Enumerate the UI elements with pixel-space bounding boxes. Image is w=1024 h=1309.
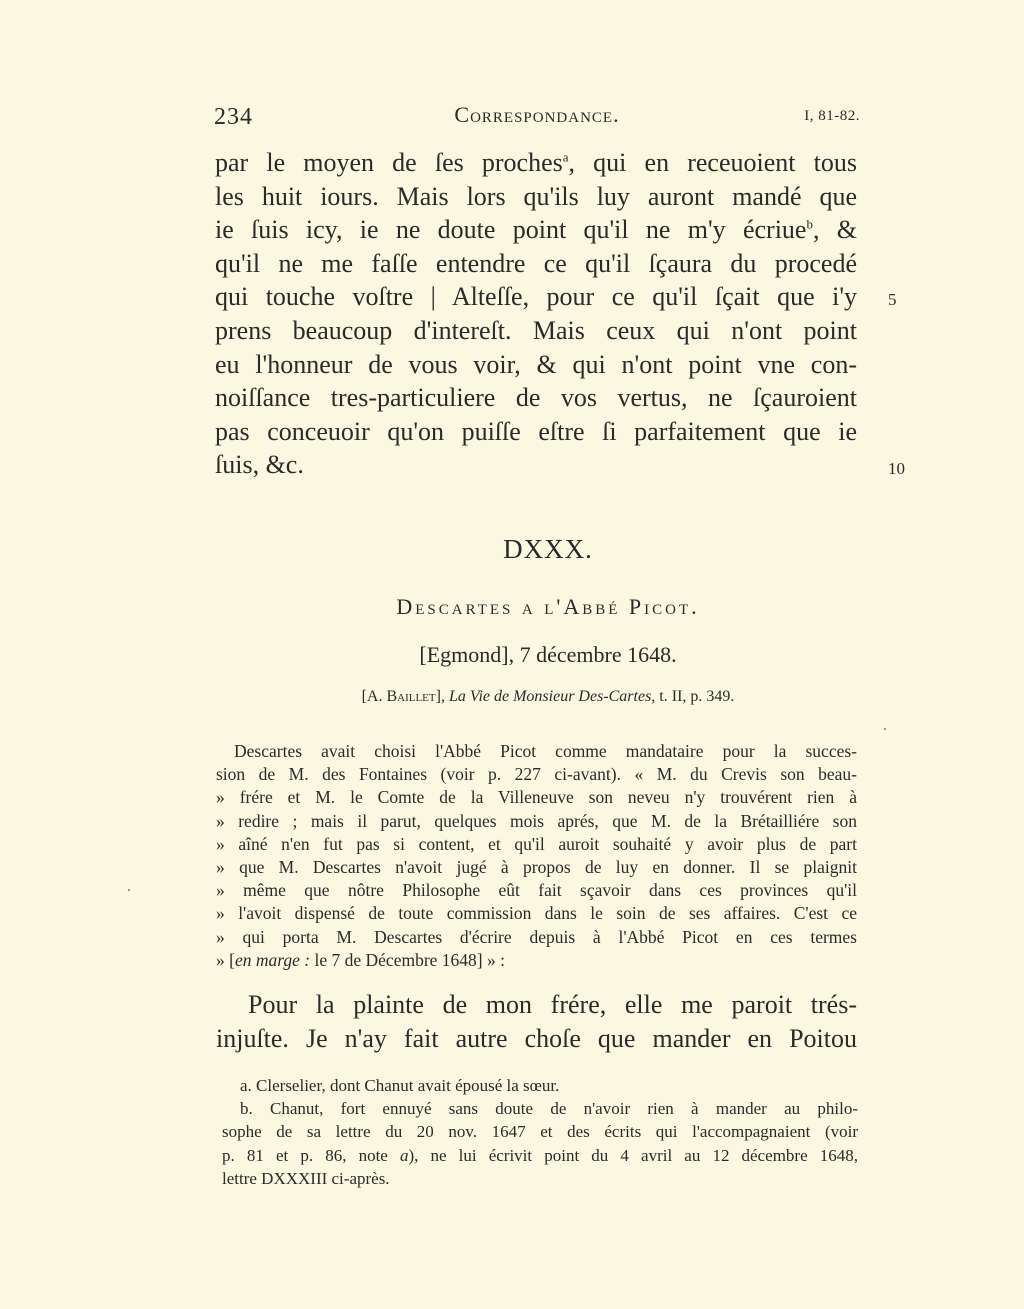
text-segment: le 7 de Décembre 1648] » :: [310, 950, 505, 970]
intro-line: Descartes avait choisi l'Abbé Picot comm…: [216, 740, 857, 763]
text-line: les huit iours. Mais lors qu'ils luy aur…: [215, 180, 857, 214]
margin-line-number: 10: [888, 459, 905, 479]
intro-line: » l'avoit dispensé de toute commission d…: [216, 902, 857, 925]
letter-source: [A. Baillet], La Vie de Monsieur Des-Car…: [0, 688, 1024, 706]
letter-title: Descartes a l'Abbé Picot.: [0, 594, 1024, 620]
footnote-b-line: sophe de sa lettre du 20 nov. 1647 et de…: [222, 1120, 858, 1143]
margin-line-number: 5: [888, 290, 897, 310]
text-segment: p. 81 et p. 86, note: [222, 1146, 400, 1165]
text-segment: » [: [216, 950, 235, 970]
text-line: pas conceuoir qu'on puiſſe eſtre ſi parf…: [215, 415, 857, 449]
intro-line: » [en marge : le 7 de Décembre 1648] » :: [216, 949, 857, 972]
footnote-a: a. Clerselier, dont Chanut avait épousé …: [222, 1074, 858, 1097]
intro-line: » aîné n'en fut pas si content, et qu'il…: [216, 833, 857, 856]
intro-line: » redire ; mais il parut, quelques mois …: [216, 810, 857, 833]
text-line: par le moyen de ſes prochesa, qui en rec…: [215, 146, 857, 180]
text-line: eu l'honneur de vous voir, & qui n'ont p…: [215, 348, 857, 382]
text-line: ſuis, &c.: [215, 448, 857, 482]
scan-speck: [884, 728, 886, 730]
footnote-b-line: lettre DXXXIII ci-après.: [222, 1167, 858, 1190]
footnotes: a. Clerselier, dont Chanut avait épousé …: [222, 1074, 858, 1190]
letter-line: Pour la plainte de mon frére, elle me pa…: [216, 988, 857, 1022]
letter-number: DXXX.: [0, 534, 1024, 565]
text-segment: ie ſuis icy, ie ne doute point qu'il ne …: [215, 215, 806, 244]
source-text: [A.: [362, 688, 387, 705]
source-location: t. II, p. 349.: [655, 688, 734, 705]
footnote-b-line: b. Chanut, fort ennuyé sans doute de n'a…: [222, 1097, 858, 1120]
running-head: 234 Correspondance. I, 81-82.: [214, 102, 860, 134]
source-author: Baillet: [386, 688, 435, 705]
volume-reference: I, 81-82.: [804, 108, 860, 125]
running-title: Correspondance.: [214, 102, 860, 128]
intro-line: » frére et M. le Comte de la Villeneuve …: [216, 786, 857, 809]
source-text: ],: [436, 688, 449, 705]
editorial-intro: Descartes avait choisi l'Abbé Picot comm…: [216, 740, 857, 972]
scan-speck: [128, 889, 130, 891]
text-line: ie ſuis icy, ie ne doute point qu'il ne …: [215, 213, 857, 247]
footnote-b-line: p. 81 et p. 86, note a), ne lui écrivit …: [222, 1144, 858, 1167]
intro-line: » que M. Descartes n'avoit jugé à propos…: [216, 856, 857, 879]
text-segment: , &: [813, 215, 857, 244]
intro-line: sion de M. des Fontaines (voir p. 227 ci…: [216, 763, 857, 786]
text-line: qui touche voſtre | Alteſſe, pour ce qu'…: [215, 280, 857, 314]
letter-body: Pour la plainte de mon frére, elle me pa…: [216, 988, 857, 1056]
text-segment: ), ne lui écrivit point du 4 avril au 12…: [408, 1146, 858, 1165]
main-text-block: par le moyen de ſes prochesa, qui en rec…: [215, 146, 857, 482]
text-line: qu'il ne me faſſe entendre ce qu'il ſçau…: [215, 247, 857, 281]
letter-line: injuſte. Je n'ay fait autre choſe que ma…: [216, 1022, 857, 1056]
intro-line: » même que nôtre Philosophe eût fait sça…: [216, 879, 857, 902]
intro-line: » qui porta M. Descartes d'écrire depuis…: [216, 926, 857, 949]
margin-note-label: en marge :: [235, 950, 310, 970]
text-segment: , qui en receuoient tous: [569, 148, 857, 177]
text-line: noiſſance tres-particuliere de vos vertu…: [215, 381, 857, 415]
letter-date: [Egmond], 7 décembre 1648.: [0, 642, 1024, 668]
source-work: La Vie de Monsieur Des-Cartes,: [449, 688, 655, 705]
book-page: 234 Correspondance. I, 81-82. par le moy…: [0, 0, 1024, 1309]
text-segment: par le moyen de ſes proches: [215, 148, 563, 177]
text-line: prens beaucoup d'intereſt. Mais ceux qui…: [215, 314, 857, 348]
